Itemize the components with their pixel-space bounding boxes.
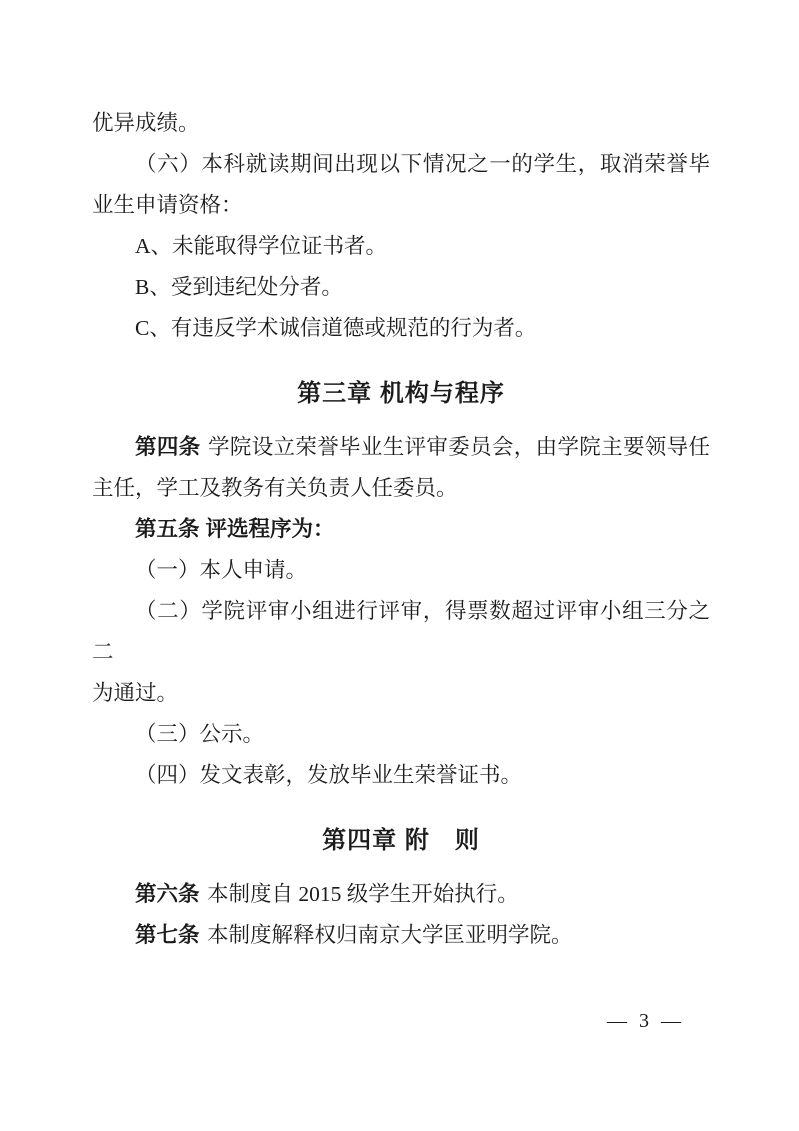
paragraph: 第六条本制度自 2015 级学生开始执行。 <box>92 874 710 915</box>
paragraph: （三）公示。 <box>92 714 710 755</box>
paragraph: 第四条学院设立荣誉毕业生评审委员会，由学院主要领导任主任，学工及教务有关负责人任… <box>92 427 710 509</box>
text-run: B、受到违纪处分者。 <box>135 275 343 299</box>
text-line: 第五条 评选程序为： <box>92 509 710 550</box>
text-line: 业生申请资格： <box>92 185 710 226</box>
document-body: 优异成绩。（六）本科就读期间出现以下情况之一的学生，取消荣誉毕业生申请资格：A、… <box>92 103 710 956</box>
paragraph: （一）本人申请。 <box>92 550 710 591</box>
paragraph: 第七条本制度解释权归南京大学匡亚明学院。 <box>92 915 710 956</box>
bold-text-run: 第六条 <box>135 882 200 906</box>
document-page: 优异成绩。（六）本科就读期间出现以下情况之一的学生，取消荣誉毕业生申请资格：A、… <box>0 0 799 1131</box>
text-run: 本制度自 2015 级学生开始执行。 <box>207 882 519 906</box>
text-run: （六）本科就读期间出现以下情况之一的学生，取消荣誉毕 <box>135 152 710 176</box>
text-line: C、有违反学术诚信道德或规范的行为者。 <box>92 308 710 349</box>
paragraph: 第五条 评选程序为： <box>92 509 710 550</box>
text-line: 第六条本制度自 2015 级学生开始执行。 <box>92 874 710 915</box>
paragraph: C、有违反学术诚信道德或规范的行为者。 <box>92 308 710 349</box>
text-line: B、受到违纪处分者。 <box>92 267 710 308</box>
paragraph: B、受到违纪处分者。 <box>92 267 710 308</box>
chapter-heading: 第四章 附 则 <box>92 820 710 861</box>
text-line: （二）学院评审小组进行评审，得票数超过评审小组三分之二 <box>92 591 710 673</box>
text-line: 为通过。 <box>92 673 710 714</box>
paragraph: 优异成绩。 <box>92 103 710 144</box>
text-line: （六）本科就读期间出现以下情况之一的学生，取消荣誉毕 <box>92 144 710 185</box>
text-run: （一）本人申请。 <box>135 558 307 582</box>
text-run: 主任，学工及教务有关负责人任委员。 <box>92 476 458 500</box>
text-run: （三）公示。 <box>135 722 264 746</box>
bold-text-run: 第三章 机构与程序 <box>297 380 505 407</box>
text-line: 优异成绩。 <box>92 103 710 144</box>
text-run: 优异成绩。 <box>92 111 200 135</box>
paragraph: （四）发文表彰，发放毕业生荣誉证书。 <box>92 755 710 796</box>
bold-text-run: 第四条 <box>135 435 201 459</box>
text-line: （三）公示。 <box>92 714 710 755</box>
text-run: （四）发文表彰，发放毕业生荣誉证书。 <box>135 763 522 787</box>
text-run: （二）学院评审小组进行评审，得票数超过评审小组三分之二 <box>92 599 710 664</box>
page-number: — 3 — <box>607 1007 681 1035</box>
bold-text-run: 第五条 评选程序为： <box>135 517 334 541</box>
text-run: 业生申请资格： <box>92 193 243 217</box>
text-run: 学院设立荣誉毕业生评审委员会，由学院主要领导任 <box>208 435 710 459</box>
bold-text-run: 第七条 <box>135 923 200 947</box>
text-run: A、未能取得学位证书者。 <box>135 234 387 258</box>
text-line: 第三章 机构与程序 <box>92 373 710 414</box>
text-line: 第四章 附 则 <box>92 820 710 861</box>
text-run: 为通过。 <box>92 681 178 705</box>
text-run: 本制度解释权归南京大学匡亚明学院。 <box>207 923 573 947</box>
paragraph: A、未能取得学位证书者。 <box>92 226 710 267</box>
text-line: 第七条本制度解释权归南京大学匡亚明学院。 <box>92 915 710 956</box>
text-line: 主任，学工及教务有关负责人任委员。 <box>92 468 710 509</box>
text-line: A、未能取得学位证书者。 <box>92 226 710 267</box>
text-line: 第四条学院设立荣誉毕业生评审委员会，由学院主要领导任 <box>92 427 710 468</box>
paragraph: （六）本科就读期间出现以下情况之一的学生，取消荣誉毕业生申请资格： <box>92 144 710 226</box>
paragraph: （二）学院评审小组进行评审，得票数超过评审小组三分之二为通过。 <box>92 591 710 714</box>
bold-text-run: 第四章 附 则 <box>322 827 480 854</box>
text-line: （四）发文表彰，发放毕业生荣誉证书。 <box>92 755 710 796</box>
text-line: （一）本人申请。 <box>92 550 710 591</box>
text-run: C、有违反学术诚信道德或规范的行为者。 <box>135 316 536 340</box>
chapter-heading: 第三章 机构与程序 <box>92 373 710 414</box>
